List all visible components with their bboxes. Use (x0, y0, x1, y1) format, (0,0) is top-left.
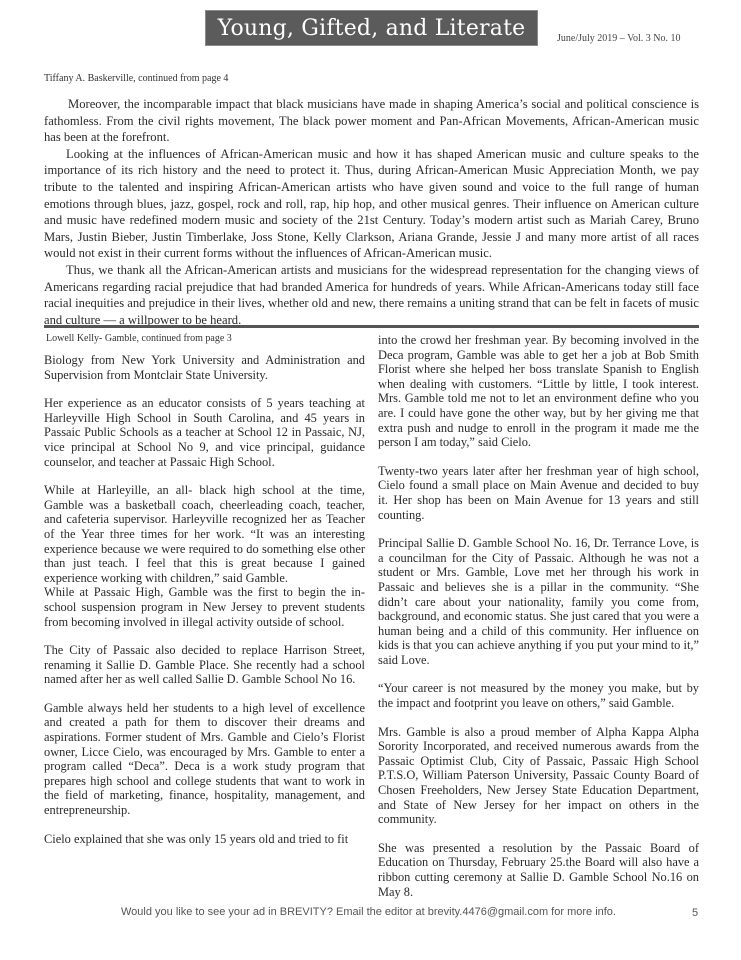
footer-ad-text: Would you like to see your ad in BREVITY… (121, 906, 616, 918)
page-number: 5 (692, 907, 698, 919)
paragraph: While at Passaic High, Gamble was the fi… (44, 585, 365, 629)
masthead-banner: Young, Gifted, and Literate (205, 10, 538, 46)
newsletter-title: Young, Gifted, and Literate (218, 16, 526, 41)
paragraph: Cielo explained that she was only 15 yea… (44, 832, 365, 847)
paragraph: The City of Passaic also decided to repl… (44, 643, 365, 687)
paragraph: Principal Sallie D. Gamble School No. 16… (378, 536, 699, 667)
paragraph: Looking at the influences of African-Ame… (44, 146, 699, 262)
paragraph: While at Harleyille, an all- black high … (44, 483, 365, 585)
paragraph: Moreover, the incomparable impact that b… (44, 96, 699, 146)
paragraph: into the crowd her freshman year. By bec… (378, 333, 699, 450)
article-column-left: Lowell Kelly- Gamble, continued from pag… (44, 333, 365, 860)
paragraph: She was presented a resolution by the Pa… (378, 841, 699, 899)
paragraph: Her experience as an educator consists o… (44, 396, 365, 469)
top-article-body: Moreover, the incomparable impact that b… (44, 96, 699, 328)
paragraph: Mrs. Gamble is also a proud member of Al… (378, 725, 699, 827)
issue-info: June/July 2019 – Vol. 3 No. 10 (557, 33, 681, 44)
paragraph: Twenty-two years later after her freshma… (378, 464, 699, 522)
top-article-byline: Tiffany A. Baskerville, continued from p… (44, 73, 228, 84)
paragraph: Biology from New York University and Adm… (44, 353, 365, 382)
paragraph: Gamble always held her students to a hig… (44, 701, 365, 818)
paragraph: Thus, we thank all the African-American … (44, 262, 699, 328)
paragraph: “Your career is not measured by the mone… (378, 681, 699, 710)
article-column-right: into the crowd her freshman year. By bec… (378, 333, 699, 913)
bottom-article-byline: Lowell Kelly- Gamble, continued from pag… (44, 333, 365, 345)
section-divider (44, 325, 699, 328)
